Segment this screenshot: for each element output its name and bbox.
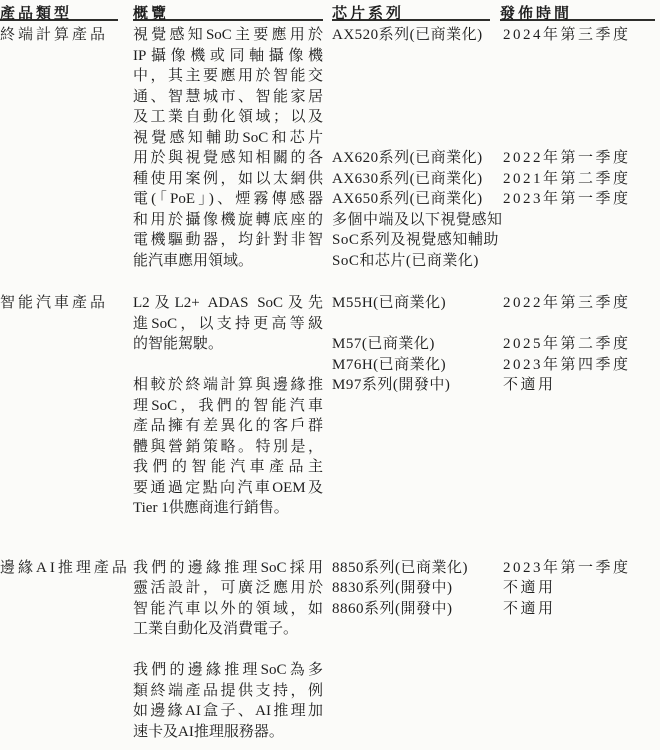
product-type-label: 終端計算產品 — [0, 25, 133, 46]
chip-series-line: AX650系列(已商業化) — [332, 189, 500, 210]
chip-series-cell: M55H(已商業化)M57(已商業化)M76H(已商業化)M97系列(開發中) — [332, 293, 500, 519]
release-date-cell: 2023年第一季度不適用不適用 — [500, 558, 660, 743]
overview-cell: L2及L2+ ADAS SoC及先進SoC，以支持更高等級的智能駕駛。相較於終端… — [133, 293, 332, 519]
overview-line: 類終端產品提供支持，例 — [133, 681, 323, 702]
overview-line: 能汽車應用領域。 — [133, 251, 323, 272]
column-header-product-type: 產品類型 — [0, 0, 118, 21]
overview-line: 相較於終端計算與邊緣推 — [133, 375, 323, 396]
overview-line: 要通過定點向汽車OEM及 — [133, 478, 323, 499]
table-row: 邊緣AI推理產品我們的邊緣推理SoC採用靈活設計，可廣泛應用於智能汽車以外的領域… — [0, 558, 660, 743]
overview-cell: 我們的邊緣推理SoC採用靈活設計，可廣泛應用於智能汽車以外的領域，如工業自動化及… — [133, 558, 332, 743]
chip-series-line: M57(已商業化) — [332, 334, 500, 355]
release-date-line: 2021年第二季度 — [500, 169, 660, 190]
chip-series-line: SoC系列及視覺感知輔助 — [332, 230, 500, 251]
chip-series-line: 8830系列(開發中) — [332, 578, 500, 599]
table-header-row: 產品類型 概覽 芯片系列 發佈時間 — [0, 0, 660, 21]
product-type-label: 邊緣AI推理產品 — [0, 558, 133, 579]
overview-line: 的智能駕駛。 — [133, 334, 323, 355]
overview-line: 產品擁有差異化的客戶群 — [133, 416, 323, 437]
chip-series-line: 多個中端及以下視覺感知 — [332, 210, 500, 231]
chip-series-line: M97系列(開發中) — [332, 375, 500, 396]
chip-series-line: SoC和芯片(已商業化) — [332, 251, 500, 272]
overview-line: 和用於攝像機旋轉底座的 — [133, 210, 323, 231]
chip-series-line: 8850系列(已商業化) — [332, 558, 500, 579]
chip-series-line: AX520系列(已商業化) — [332, 25, 500, 46]
chip-series-cell: 8850系列(已商業化)8830系列(開發中)8860系列(開發中) — [332, 558, 500, 743]
chip-series-line: AX630系列(已商業化) — [332, 169, 500, 190]
overview-line: 智能汽車以外的領域，如 — [133, 599, 323, 620]
overview-line: IP攝像機或同軸攝像機 — [133, 46, 323, 67]
overview-cell: 視覺感知SoC主要應用於IP攝像機或同軸攝像機中，其主要應用於智能交通、智慧城市… — [133, 25, 332, 271]
chip-series-line: AX620系列(已商業化) — [332, 148, 500, 169]
release-date-line: 2022年第一季度 — [500, 148, 660, 169]
chip-series-cell: AX520系列(已商業化)AX620系列(已商業化)AX630系列(已商業化)A… — [332, 25, 500, 271]
chip-series-line: M55H(已商業化) — [332, 293, 500, 314]
chip-series-line: M76H(已商業化) — [332, 355, 500, 376]
table-row: 終端計算產品視覺感知SoC主要應用於IP攝像機或同軸攝像機中，其主要應用於智能交… — [0, 25, 660, 271]
product-type-label: 智能汽車產品 — [0, 293, 133, 314]
overview-line: 我們的智能汽車產品主 — [133, 457, 323, 478]
release-date-line: 不適用 — [500, 578, 660, 599]
product-type-cell: 智能汽車產品 — [0, 293, 133, 519]
overview-line: 視覺感知SoC主要應用於 — [133, 25, 323, 46]
chip-series-line: 8860系列(開發中) — [332, 599, 500, 620]
overview-line: 用於與視覺感知相關的各 — [133, 148, 323, 169]
release-date-line: 2024年第三季度 — [500, 25, 660, 46]
release-date-cell: 2022年第三季度2025年第二季度2023年第四季度不適用 — [500, 293, 660, 519]
release-date-line: 2023年第四季度 — [500, 355, 660, 376]
release-date-line: 不適用 — [500, 599, 660, 620]
release-date-line: 不適用 — [500, 375, 660, 396]
overview-line: 及工業自動化領域；以及 — [133, 107, 323, 128]
overview-line: L2及L2+ ADAS SoC及先 — [133, 293, 323, 314]
column-header-release-date: 發佈時間 — [500, 0, 655, 21]
overview-line: 視覺感知輔助SoC和芯片 — [133, 128, 323, 149]
overview-line: 速卡及AI推理服務器。 — [133, 722, 323, 743]
release-date-cell: 2024年第三季度2022年第一季度2021年第二季度2023年第一季度 — [500, 25, 660, 271]
release-date-line: 2023年第一季度 — [500, 189, 660, 210]
table-row: 智能汽車產品L2及L2+ ADAS SoC及先進SoC，以支持更高等級的智能駕駛… — [0, 293, 660, 519]
release-date-line: 2023年第一季度 — [500, 558, 660, 579]
overview-line: 通、智慧城市、智能家居 — [133, 87, 323, 108]
product-type-cell: 邊緣AI推理產品 — [0, 558, 133, 743]
overview-line: 我們的邊緣推理SoC採用 — [133, 558, 323, 579]
overview-line: 電(「PoE」)、煙霧傳感器 — [133, 189, 323, 210]
product-type-cell: 終端計算產品 — [0, 25, 133, 271]
overview-line: 中，其主要應用於智能交 — [133, 66, 323, 87]
overview-line: 體與營銷策略。特別是， — [133, 437, 323, 458]
overview-line: 電機驅動器，均針對非智 — [133, 230, 323, 251]
release-date-line: 2025年第二季度 — [500, 334, 660, 355]
column-header-overview: 概覽 — [133, 0, 323, 21]
overview-line: 工業自動化及消費電子。 — [133, 619, 323, 640]
release-date-line: 2022年第三季度 — [500, 293, 660, 314]
overview-line: 理SoC，我們的智能汽車 — [133, 396, 323, 417]
column-header-chip-series: 芯片系列 — [332, 0, 490, 21]
overview-line: Tier 1供應商進行銷售。 — [133, 498, 323, 519]
overview-line: 如邊緣AI盒子、AI推理加 — [133, 701, 323, 722]
table-body: 終端計算產品視覺感知SoC主要應用於IP攝像機或同軸攝像機中，其主要應用於智能交… — [0, 25, 660, 742]
overview-line: 靈活設計，可廣泛應用於 — [133, 578, 323, 599]
document-page: 產品類型 概覽 芯片系列 發佈時間 終端計算產品視覺感知SoC主要應用於IP攝像… — [0, 0, 660, 750]
overview-line: 我們的邊緣推理SoC為多 — [133, 660, 323, 681]
overview-line: 進SoC，以支持更高等級 — [133, 314, 323, 335]
overview-line: 種使用案例，如以太網供 — [133, 169, 323, 190]
